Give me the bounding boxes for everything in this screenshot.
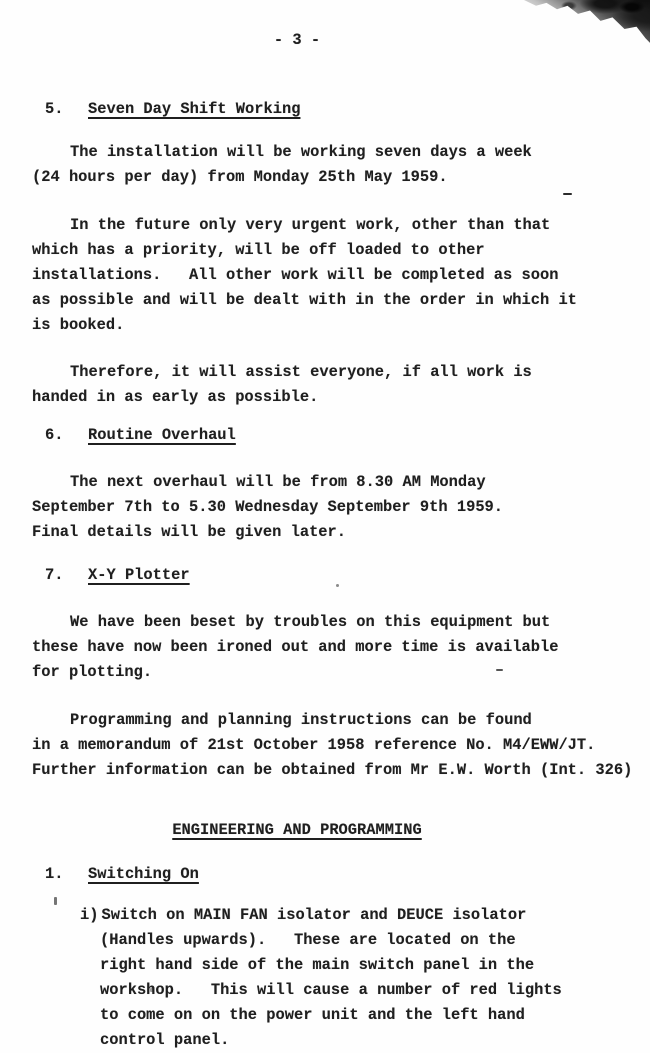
paragraph-line: We have been beset by troubles on this e… xyxy=(32,610,650,635)
list-item-line: workshop. This will cause a number of re… xyxy=(32,978,650,1003)
section-5-heading: 5. Seven Day Shift Working xyxy=(32,97,650,122)
section-number: 5. xyxy=(45,97,88,122)
paragraph-line: handed in as early as possible. xyxy=(32,385,650,410)
paragraph-line: in a memorandum of 21st October 1958 ref… xyxy=(32,733,650,758)
part-heading-text: ENGINEERING AND PROGRAMMING xyxy=(172,821,421,839)
document-content: - 3 - 5. Seven Day Shift Working The ins… xyxy=(0,0,650,1053)
paragraph: Therefore, it will assist everyone, if a… xyxy=(32,360,650,410)
paragraph-line: Programming and planning instructions ca… xyxy=(32,708,650,733)
paragraph-line: Further information can be obtained from… xyxy=(32,758,650,783)
paragraph-line: (24 hours per day) from Monday 25th May … xyxy=(32,165,650,190)
paragraph: We have been beset by troubles on this e… xyxy=(32,610,650,685)
paragraph: Programming and planning instructions ca… xyxy=(32,708,650,783)
section-number: 1. xyxy=(45,862,88,887)
section-1-heading: 1. Switching On xyxy=(32,862,650,887)
section-number: 6. xyxy=(45,423,88,448)
paragraph-line: installations. All other work will be co… xyxy=(32,263,650,288)
list-item-marker: i) xyxy=(80,903,98,928)
part-heading: ENGINEERING AND PROGRAMMING xyxy=(0,818,606,843)
section-title: X-Y Plotter xyxy=(88,563,190,588)
paragraph: The next overhaul will be from 8.30 AM M… xyxy=(32,470,650,545)
paragraph-line: In the future only very urgent work, oth… xyxy=(32,213,650,238)
paragraph-line: these have now been ironed out and more … xyxy=(32,635,650,660)
section-title: Seven Day Shift Working xyxy=(88,97,300,122)
paragraph-line: for plotting. xyxy=(32,660,650,685)
section-title: Routine Overhaul xyxy=(88,423,236,448)
section-7-heading: 7. X-Y Plotter xyxy=(32,563,650,588)
paragraph-line: The next overhaul will be from 8.30 AM M… xyxy=(32,470,650,495)
paragraph-line: Therefore, it will assist everyone, if a… xyxy=(32,360,650,385)
paragraph-line: is booked. xyxy=(32,313,650,338)
paragraph-line: September 7th to 5.30 Wednesday Septembe… xyxy=(32,495,650,520)
paragraph-line: as possible and will be dealt with in th… xyxy=(32,288,650,313)
section-number: 7. xyxy=(45,563,88,588)
scanned-document-page: - 3 - 5. Seven Day Shift Working The ins… xyxy=(0,0,650,1053)
paragraph-line: Final details will be given later. xyxy=(32,520,650,545)
list-item-line: control panel. xyxy=(32,1028,650,1053)
paragraph-line: which has a priority, will be off loaded… xyxy=(32,238,650,263)
section-6-heading: 6. Routine Overhaul xyxy=(32,423,650,448)
paragraph: The installation will be working seven d… xyxy=(32,140,650,190)
section-title: Switching On xyxy=(88,862,199,887)
page-number: - 3 - xyxy=(0,28,606,53)
list-item-i: i) Switch on MAIN FAN isolator and DEUCE… xyxy=(32,903,650,1053)
list-item-line: Switch on MAIN FAN isolator and DEUCE is… xyxy=(101,903,526,928)
list-item-line: right hand side of the main switch panel… xyxy=(32,953,650,978)
paragraph-line: The installation will be working seven d… xyxy=(32,140,650,165)
list-item-line: (Handles upwards). These are located on … xyxy=(32,928,650,953)
list-item-line: to come on on the power unit and the lef… xyxy=(32,1003,650,1028)
paragraph: In the future only very urgent work, oth… xyxy=(32,213,650,338)
